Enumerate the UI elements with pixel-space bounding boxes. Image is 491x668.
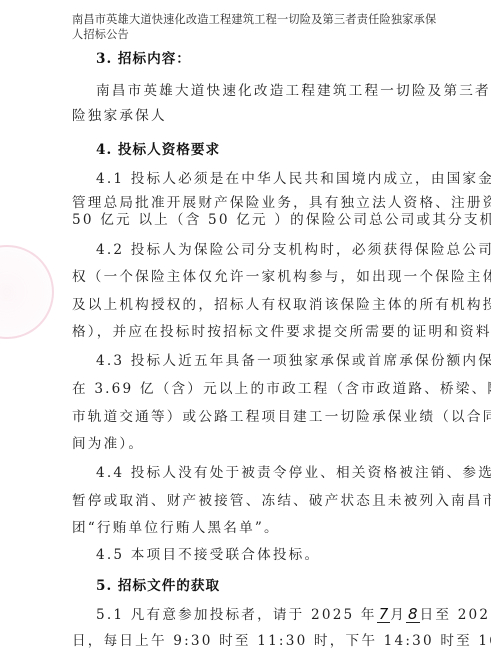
clause-5-1-mid: 日至 2025 年 — [420, 607, 491, 623]
clause-4-3-line: 在 3.69 亿（含）元以上的市政工程（含市政道路、桥梁、隧道、城 — [72, 380, 442, 398]
month-label: 月 — [390, 607, 406, 623]
clause-5-1-line: 5.1 凡有意参加投标者，请于 2025 年7月8日至 2025 年7月14 — [96, 606, 442, 624]
clause-4-4-line: 暂停或取消、财产被接管、冻结、破产状态且未被列入南昌市建投集 — [72, 492, 442, 510]
clause-4-3-line: 间为准）。 — [72, 435, 442, 453]
clause-4-1-line: 50 亿元 以上（含 50 亿元 ）的保险公司总公司或其分支机构； — [72, 211, 442, 229]
clause-4-2-line: 格），并应在投标时按招标文件要求提交所需要的证明和资料； — [72, 323, 442, 341]
section-4-heading: 4. 投标人资格要求 — [96, 141, 442, 159]
clause-4-4-line: 4.4 投标人没有处于被责令停业、相关资格被注销、参选资格被 — [96, 464, 442, 482]
clause-5-1-line: 日，每日上午 9:30 时至 11:30 时，下午 14:30 时至 16:30… — [72, 632, 442, 650]
handwritten-start-month: 7 — [377, 607, 391, 623]
section-3-text-line: 险独家承保人 — [72, 107, 442, 125]
section-3-heading: 3. 招标内容： — [96, 50, 442, 68]
clause-4-2-line: 权（一个保险主体仅允许一家机构参与，如出现一个保险主体有两个 — [72, 268, 442, 286]
official-seal-stamp — [0, 245, 54, 339]
clause-4-3-line: 4.3 投标人近五年具备一项独家承保或首席承保份额内保险金额 — [96, 352, 442, 370]
document-header-title: 南昌市英雄大道快速化改造工程建筑工程一切险及第三者责任险独家承保人招标公告 — [72, 12, 440, 42]
clause-4-3-line: 市轨道交通等）或公路工程项目建工一切险承保业绩（以合同签订时 — [72, 408, 442, 426]
clause-4-2-line: 4.2 投标人为保险公司分支机构时，必须获得保险总公司唯一授 — [96, 241, 442, 259]
document-page: 南昌市英雄大道快速化改造工程建筑工程一切险及第三者责任险独家承保人招标公告 3.… — [0, 0, 491, 668]
clause-4-5-line: 4.5 本项目不接受联合体投标。 — [96, 546, 442, 564]
clause-4-4-line: 团“行贿单位行贿人黑名单”。 — [72, 519, 442, 537]
section-3-text-line: 南昌市英雄大道快速化改造工程建筑工程一切险及第三者责任 — [96, 82, 442, 100]
section-5-heading: 5. 招标文件的获取 — [96, 577, 442, 595]
clause-4-1-line: 4.1 投标人必须是在中华人民共和国境内成立，由国家金融监督 — [96, 170, 442, 188]
clause-5-1-prefix: 5.1 凡有意参加投标者，请于 2025 年 — [96, 607, 377, 623]
clause-4-1-line: 管理总局批准开展财产保险业务，具有独立法人资格、注册资金达到 — [72, 194, 442, 212]
clause-4-2-line: 及以上机构授权的，招标人有权取消该保险主体的所有机构投标资 — [72, 296, 442, 314]
handwritten-start-day: 8 — [406, 607, 420, 623]
